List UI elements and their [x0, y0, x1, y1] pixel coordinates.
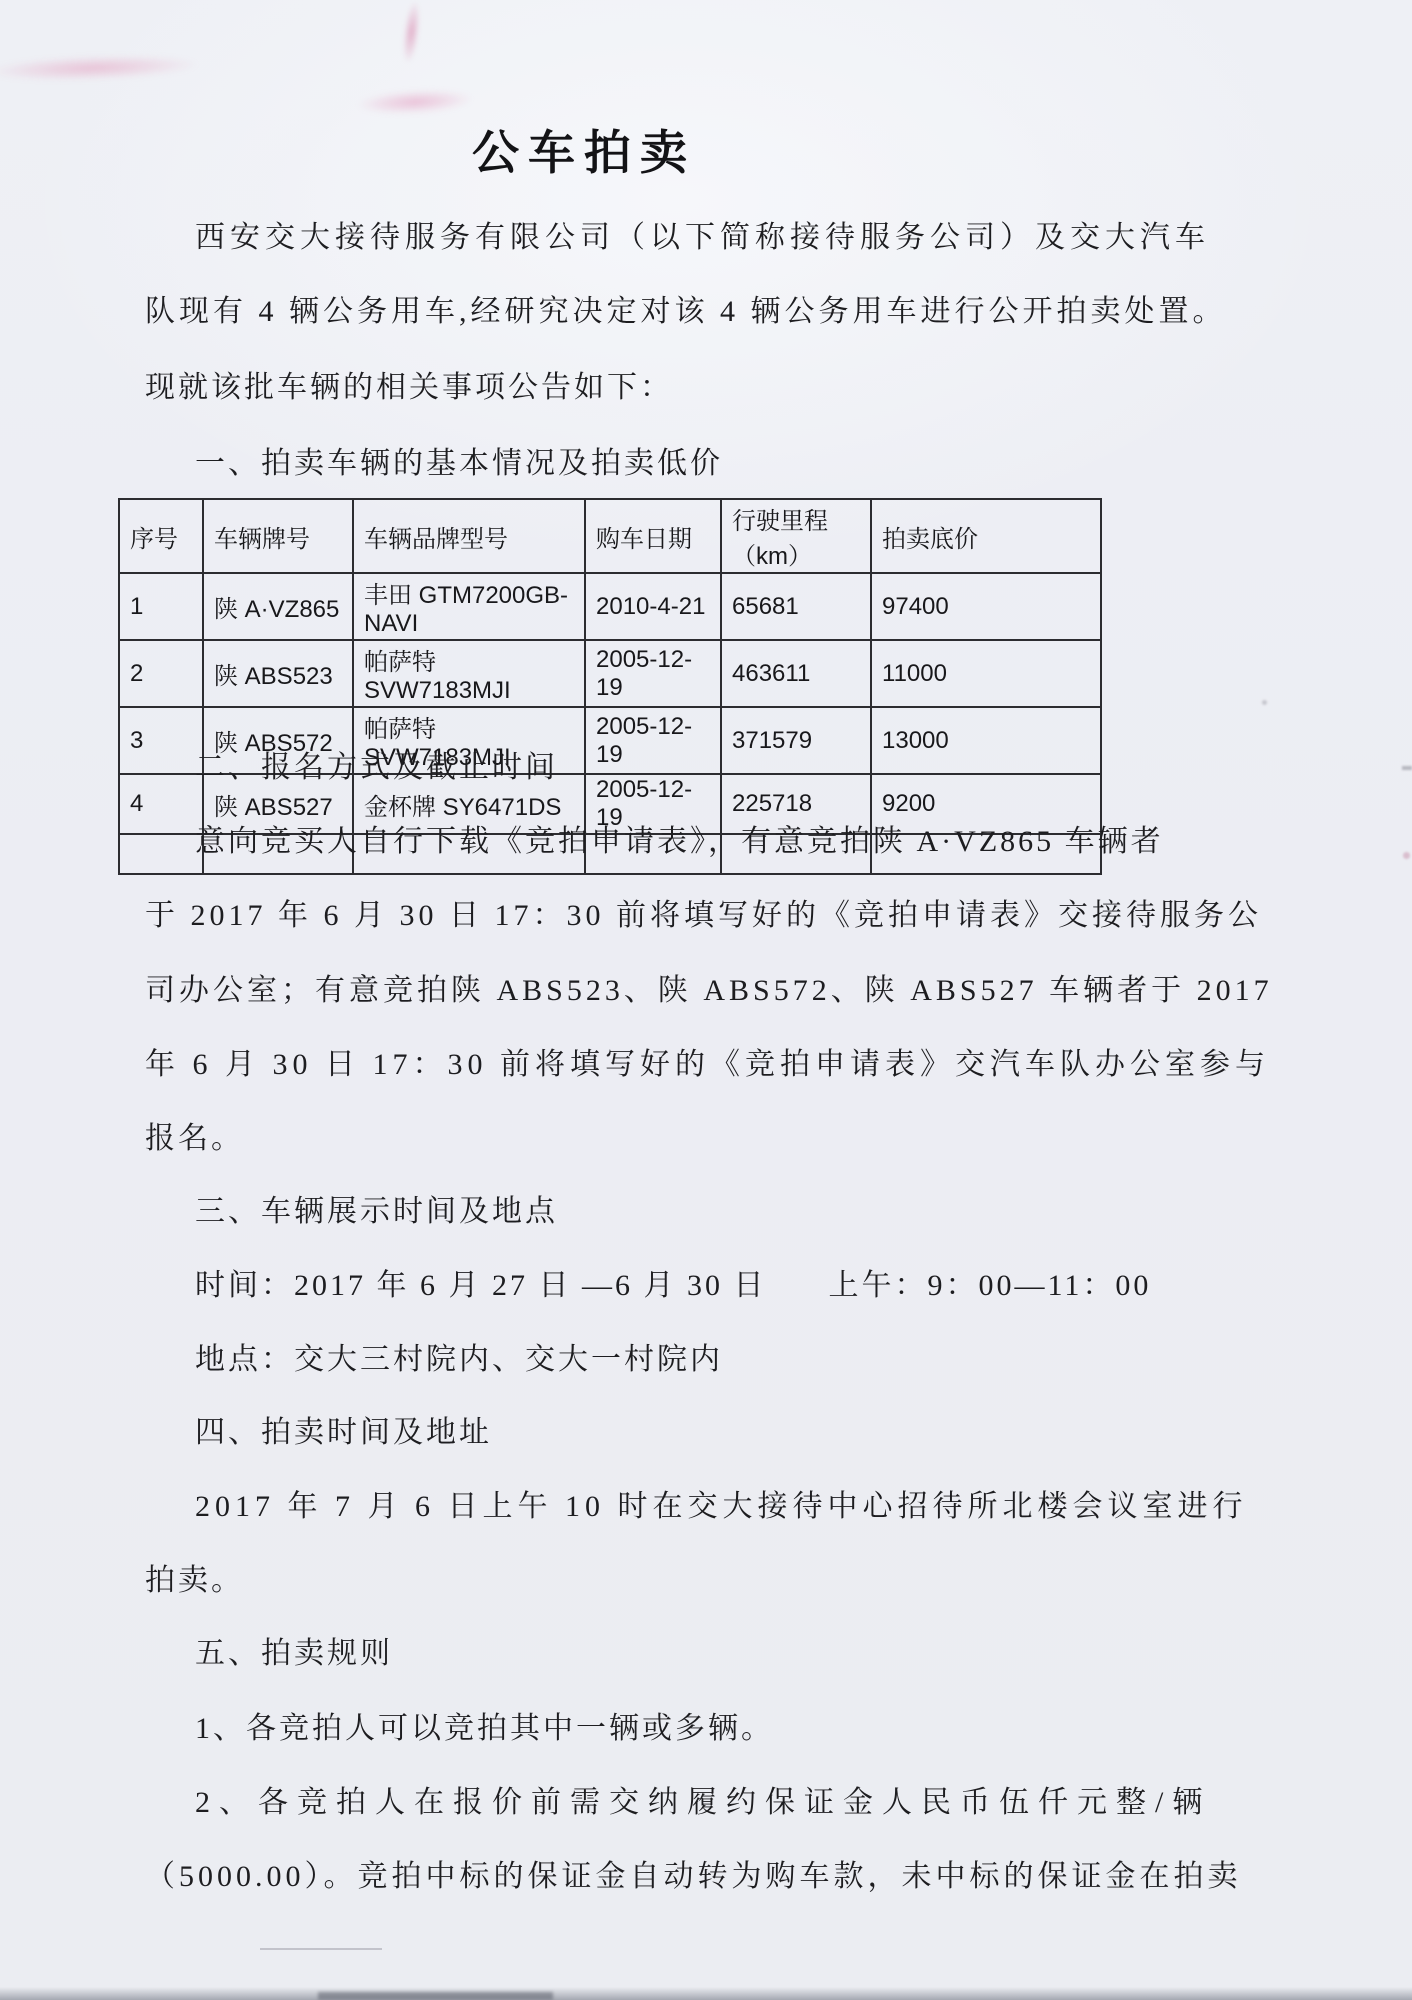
section2-line5: 报名。	[145, 1119, 244, 1159]
pink-smudge-top-left	[0, 52, 198, 83]
cell-seq: 1	[119, 573, 203, 640]
cell-model: 丰田 GTM7200GB-NAVI	[353, 573, 585, 640]
paragraph1-line2: 队现有 4 辆公务用车,经研究决定对该 4 辆公务用车进行公开拍卖处置。	[145, 292, 1227, 332]
section3-heading: 三、车辆展示时间及地点	[195, 1192, 558, 1232]
cell-purchase-date: 2005-12-19	[585, 640, 721, 707]
section4-line1: 2017 年 7 月 6 日上午 10 时在交大接待中心招待所北楼会议室进行	[195, 1487, 1248, 1527]
cell-reserve-price: 97400	[871, 573, 1101, 640]
cell-seq: 4	[119, 774, 203, 834]
cell-mileage: 65681	[721, 573, 871, 640]
section4-line2: 拍卖。	[145, 1561, 244, 1601]
section5-rule2-line1: 2、各竞拍人在报价前需交纳履约保证金人民币伍仟元整/辆	[195, 1783, 1211, 1823]
cell-seq: 2	[119, 640, 203, 707]
cell-reserve-price: 13000	[871, 707, 1101, 774]
faint-scan-line	[260, 1948, 382, 1950]
cell-seq: 3	[119, 707, 203, 774]
cell-purchase-date: 2005-12-19	[585, 707, 721, 774]
section1-heading: 一、拍卖车辆的基本情况及拍卖低价	[195, 444, 723, 484]
table-row: 2 陕 ABS523 帕萨特 SVW7183MJI 2005-12-19 463…	[119, 640, 1101, 707]
cell-model: 帕萨特 SVW7183MJI	[353, 640, 585, 707]
cell-purchase-date: 2010-4-21	[585, 573, 721, 640]
scan-speck	[1262, 700, 1267, 705]
section3-time-line: 时间：2017 年 6 月 27 日 —6 月 30 日上午：9：00—11：0…	[195, 1266, 1151, 1306]
scanner-edge-shadow-dark	[318, 1992, 553, 2000]
cell-reserve-price: 11000	[871, 640, 1101, 707]
scanner-edge-shadow	[0, 1987, 1412, 2000]
paragraph1-line1: 西安交大接待服务有限公司（以下简称接待服务公司）及交大汽车	[195, 218, 1210, 258]
pink-smudge-top-center	[400, 1, 422, 62]
cell-plate: 陕 A·VZ865	[203, 573, 353, 640]
vehicle-table: 序号 车辆牌号 车辆品牌型号 购车日期 行驶里程（km） 拍卖底价 1 陕 A·…	[118, 498, 1102, 875]
header-cell: 序号	[119, 499, 203, 573]
header-cell: 拍卖底价	[871, 499, 1101, 573]
header-cell: 车辆牌号	[203, 499, 353, 573]
exhibit-hours: 上午：9：00—11：00	[829, 1266, 1152, 1306]
cell-plate: 陕 ABS523	[203, 640, 353, 707]
paragraph1-line3: 现就该批车辆的相关事项公告如下：	[145, 368, 673, 408]
cell-seq	[119, 834, 203, 874]
section5-rule1: 1、各竞拍人可以竞拍其中一辆或多辆。	[195, 1709, 774, 1749]
section4-heading: 四、拍卖时间及地址	[195, 1413, 492, 1453]
header-cell: 行驶里程（km）	[721, 499, 871, 573]
section2-line2: 于 2017 年 6 月 30 日 17：30 前将填写好的《竞拍申请表》交接待…	[145, 896, 1262, 936]
header-cell: 购车日期	[585, 499, 721, 573]
pink-scribble	[355, 87, 474, 117]
document-title: 公车拍卖	[472, 116, 696, 183]
table-row: 1 陕 A·VZ865 丰田 GTM7200GB-NAVI 2010-4-21 …	[119, 573, 1101, 640]
exhibit-dates: 时间：2017 年 6 月 27 日 —6 月 30 日	[195, 1269, 767, 1302]
cell-mileage: 463611	[721, 640, 871, 707]
section2-heading: 二、报名方式及截止时间	[195, 748, 558, 788]
scan-speck	[1402, 766, 1412, 770]
section2-line4: 年 6 月 30 日 17：30 前将填写好的《竞拍申请表》交汽车队办公室参与	[145, 1045, 1270, 1085]
vehicle-table-header-row: 序号 车辆牌号 车辆品牌型号 购车日期 行驶里程（km） 拍卖底价	[119, 499, 1101, 573]
section2-line3: 司办公室；有意竞拍陕 ABS523、陕 ABS572、陕 ABS527 车辆者于…	[145, 971, 1273, 1011]
section5-rule2-line2: （5000.00）。竞拍中标的保证金自动转为购车款，未中标的保证金在拍卖	[145, 1857, 1242, 1897]
cell-mileage: 371579	[721, 707, 871, 774]
scan-speck	[1403, 852, 1410, 859]
section3-place-line: 地点：交大三村院内、交大一村院内	[195, 1340, 723, 1380]
scanned-document-page: 公车拍卖 西安交大接待服务有限公司（以下简称接待服务公司）及交大汽车 队现有 4…	[0, 0, 1412, 2000]
header-cell: 车辆品牌型号	[353, 499, 585, 573]
section2-line1: 意向竞买人自行下载《竞拍申请表》，有意竞拍陕 A·VZ865 车辆者	[195, 822, 1164, 862]
section5-heading: 五、拍卖规则	[195, 1634, 393, 1674]
